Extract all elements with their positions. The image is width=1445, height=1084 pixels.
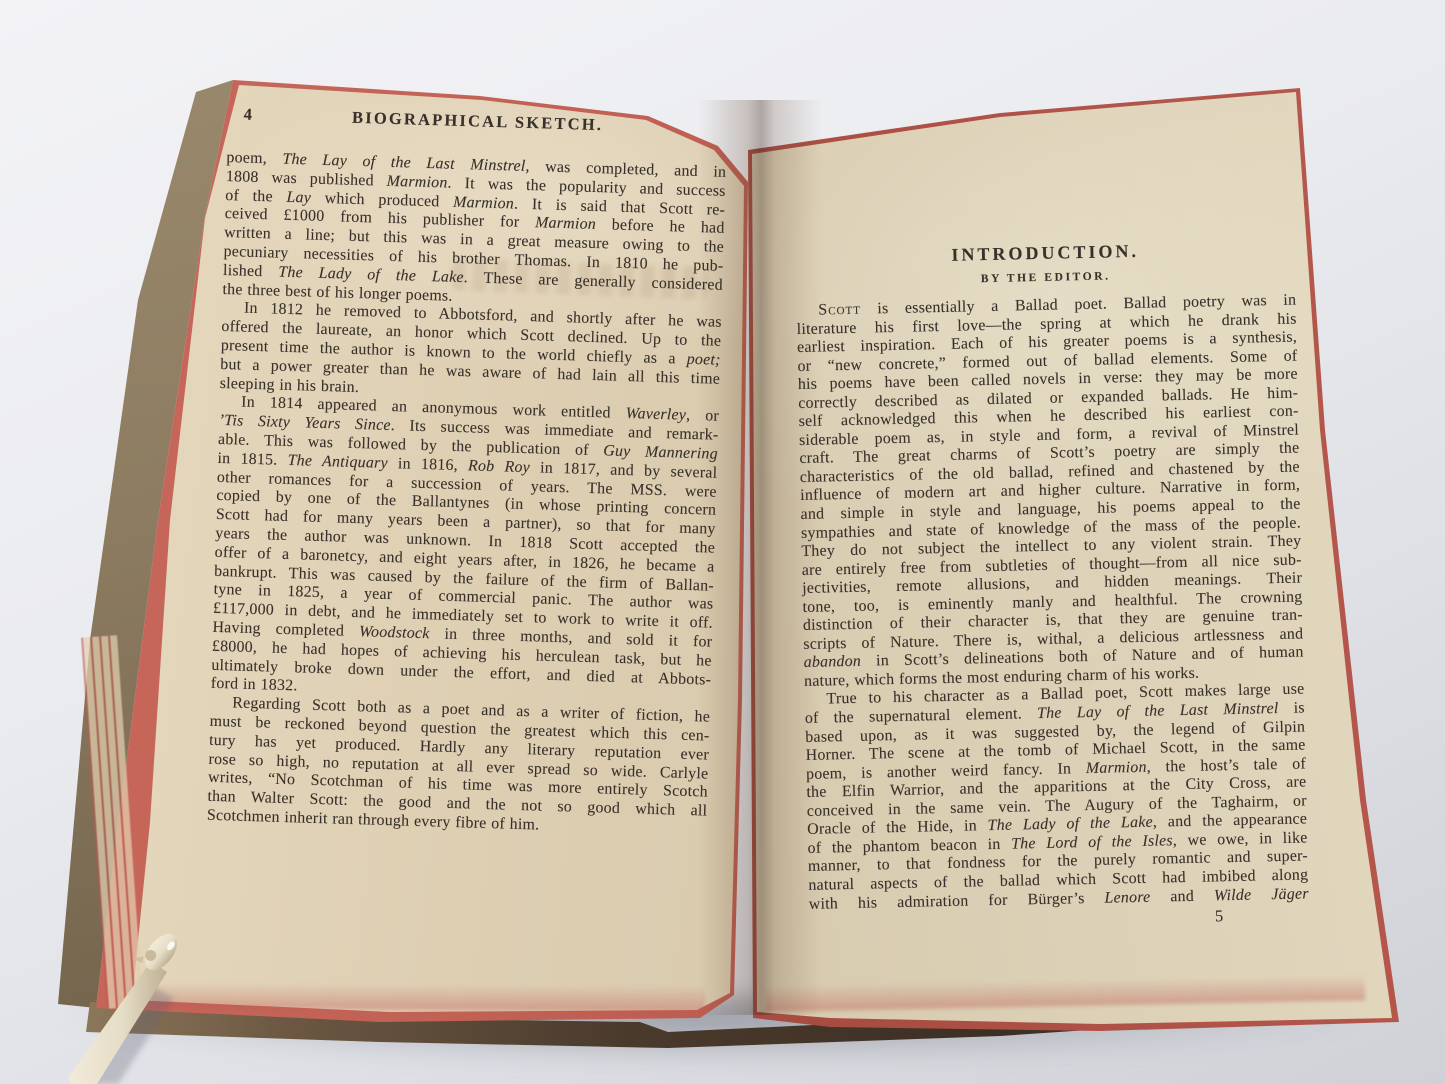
paragraph: Scott is essentially a Ballad poet. Ball… xyxy=(796,292,1304,692)
paragraph: True to his character as a Ballad poet, … xyxy=(804,681,1309,914)
photo-of-open-book: 4 BIOGRAPHICAL SKETCH. poem, The Lay of … xyxy=(0,0,1445,1084)
paragraph: In 1814 appeared an anonymous work entit… xyxy=(210,393,719,708)
chapter-byline: BY THE EDITOR. xyxy=(796,267,1296,289)
paragraph: Regarding Scott both as a poet and as a … xyxy=(207,694,711,840)
paragraph: poem, The Lay of the Last Minstrel, was … xyxy=(222,149,726,314)
left-page-body: poem, The Lay of the Last Minstrel, was … xyxy=(207,149,727,840)
left-page-text: 4 BIOGRAPHICAL SKETCH. poem, The Lay of … xyxy=(207,104,728,840)
page-number-left: 4 xyxy=(243,104,252,124)
right-page-text: INTRODUCTION. BY THE EDITOR. Scott is es… xyxy=(795,238,1309,935)
right-page-body: Scott is essentially a Ballad poet. Ball… xyxy=(796,292,1309,914)
left-page-bottom-red-blush xyxy=(150,982,705,1012)
paragraph: In 1812 he removed to Abbotsford, and sh… xyxy=(219,299,722,408)
